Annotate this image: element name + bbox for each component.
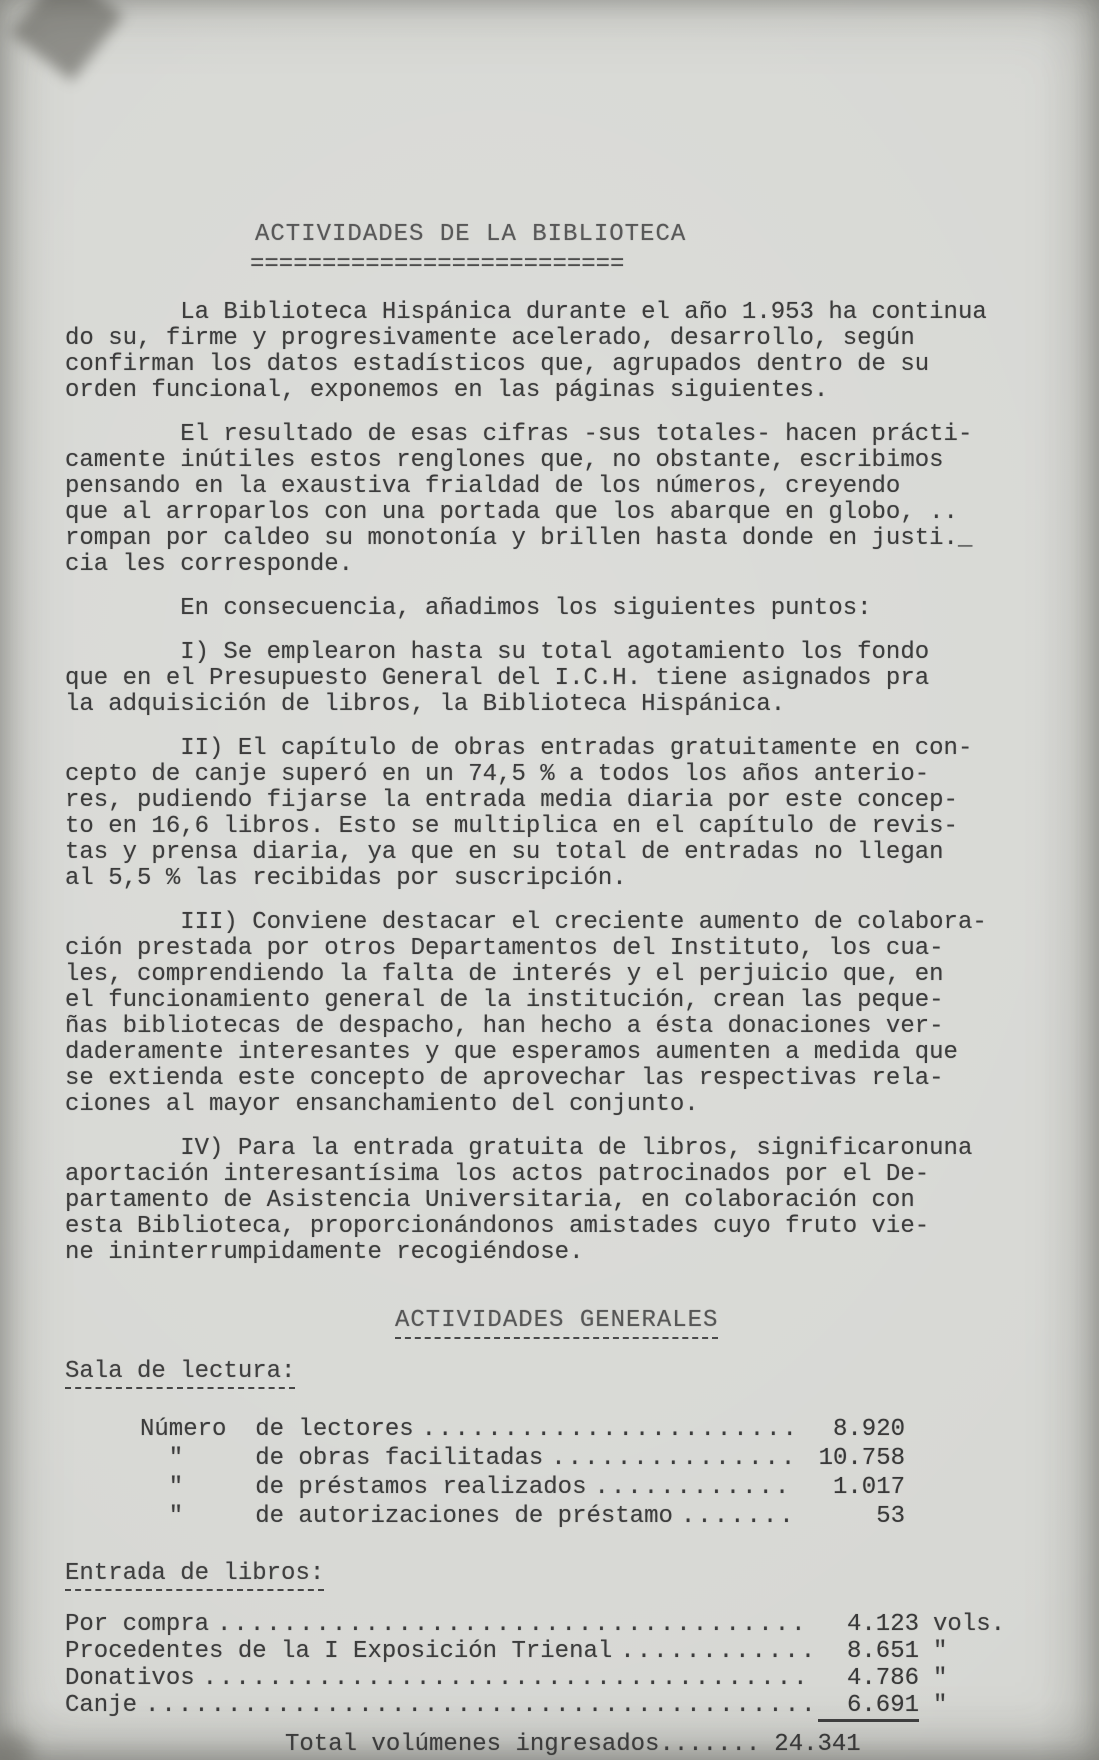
text-line: pensando en la exaustiva frialdad de los… xyxy=(65,474,1035,500)
stat-label: de lectores xyxy=(255,1415,413,1444)
entrada-de-libros-section: Entrada de libros: Por compra ..........… xyxy=(65,1531,1035,1758)
dot-leader: ........................................… xyxy=(620,1638,810,1665)
text-line: daderamente interesantes y que esperamos… xyxy=(65,1040,1035,1066)
stat-value: 10.758 xyxy=(804,1444,905,1473)
title-underline-rule: ========================== xyxy=(250,252,1035,278)
stat-label: Por compra xyxy=(65,1611,209,1638)
stat-row: Número de lectores .....................… xyxy=(140,1415,905,1444)
total-label: Total volúmenes ingresados xyxy=(285,1731,659,1758)
text-line: tas y prensa diaria, ya que en su total … xyxy=(65,840,1035,866)
text-line: res, pudiendo fijarse la entrada media d… xyxy=(65,788,1035,814)
text-line: la adquisición de libros, la Biblioteca … xyxy=(65,692,1035,718)
total-row: Total volúmenes ingresados.......24.341 xyxy=(285,1732,1035,1758)
text-line: IV) Para la entrada gratuita de libros, … xyxy=(65,1136,1035,1162)
text-line: to en 16,6 libros. Esto se multiplica en… xyxy=(65,814,1035,840)
stat-row: Donativos ..............................… xyxy=(65,1665,1005,1692)
stat-row: " de obras facilitadas .................… xyxy=(140,1444,905,1473)
stat-row-prefix: " xyxy=(140,1502,255,1531)
text-line: III) Conviene destacar el creciente aume… xyxy=(65,910,1035,936)
text-line: camente inútiles estos renglones que, no… xyxy=(65,448,1035,474)
text-line: do su, firme y progresivamente acelerado… xyxy=(65,326,1035,352)
dot-leader: ........................................… xyxy=(422,1415,797,1444)
text-line: El resultado de esas cifras -sus totales… xyxy=(65,422,1035,448)
stat-row: " de préstamos realizados ..............… xyxy=(140,1473,905,1502)
text-line: orden funcional, exponemos en las página… xyxy=(65,378,1035,404)
text-line: partamento de Asistencia Universitaria, … xyxy=(65,1188,1035,1214)
stat-value: 1.017 xyxy=(804,1473,905,1502)
page-title: ACTIVIDADES DE LA BIBLIOTECA xyxy=(255,222,1035,248)
stat-label: Procedentes de la I Exposición Trienal xyxy=(65,1638,612,1665)
stat-value: 4.786 xyxy=(818,1665,919,1692)
stat-label: de obras facilitadas xyxy=(255,1444,543,1473)
text-line: ciones al mayor ensanchamiento del conju… xyxy=(65,1092,1035,1118)
paragraph: III) Conviene destacar el creciente aume… xyxy=(65,910,1035,1118)
stat-label: Donativos xyxy=(65,1665,195,1692)
sala-rows: Número de lectores .....................… xyxy=(140,1415,905,1531)
text-line: aportación interesantísima los actos pat… xyxy=(65,1162,1035,1188)
paragraphs: La Biblioteca Hispánica durante el año 1… xyxy=(65,300,1035,1266)
stat-row: " de autorizaciones de préstamo ........… xyxy=(140,1502,905,1531)
paragraph: II) El capítulo de obras entradas gratui… xyxy=(65,736,1035,892)
text-line: les, comprendiendo la falta de interés y… xyxy=(65,962,1035,988)
text-line: I) Se emplearon hasta su total agotamien… xyxy=(65,640,1035,666)
text-line: se extienda este concepto de aprovechar … xyxy=(65,1066,1035,1092)
total-value: 24.341 xyxy=(760,1731,860,1758)
dot-leader: ........................................… xyxy=(551,1444,796,1473)
text-line: esta Biblioteca, proporcionándonos amist… xyxy=(65,1214,1035,1240)
text-line: La Biblioteca Hispánica durante el año 1… xyxy=(65,300,1035,326)
text-line: ne ininterrumpidamente recogiéndose. xyxy=(65,1240,1035,1266)
text-line: confirman los datos estadísticos que, ag… xyxy=(65,352,1035,378)
paragraph: IV) Para la entrada gratuita de libros, … xyxy=(65,1136,1035,1266)
stat-unit: " xyxy=(919,1665,1005,1692)
text-line: que en el Presupuesto General del I.C.H.… xyxy=(65,666,1035,692)
document-content: ACTIVIDADES DE LA BIBLIOTECA ===========… xyxy=(0,222,1099,1758)
stat-unit: vols. xyxy=(919,1611,1005,1638)
paragraph: El resultado de esas cifras -sus totales… xyxy=(65,422,1035,578)
section-heading-actividades-generales: ACTIVIDADES GENERALES xyxy=(395,1308,718,1339)
paragraph: La Biblioteca Hispánica durante el año 1… xyxy=(65,300,1035,404)
dot-leader: ........................................… xyxy=(594,1473,796,1502)
stat-value: 8.920 xyxy=(804,1415,905,1444)
stat-value: 53 xyxy=(804,1502,905,1531)
stat-value: 8.651 xyxy=(818,1638,919,1665)
stat-label: de autorizaciones de préstamo xyxy=(255,1502,673,1531)
stat-row: Procedentes de la I Exposición Trienal .… xyxy=(65,1638,1005,1665)
stat-label: Canje xyxy=(65,1692,137,1719)
text-line: II) El capítulo de obras entradas gratui… xyxy=(65,736,1035,762)
text-line: el funcionamiento general de la instituc… xyxy=(65,988,1035,1014)
text-line: al 5,5 % las recibidas por suscripción. xyxy=(65,866,1035,892)
text-line: rompan por caldeo su monotonía y brillen… xyxy=(65,526,1035,552)
stat-value: 4.123 xyxy=(818,1611,919,1638)
subheading-entrada-de-libros: Entrada de libros: xyxy=(65,1561,324,1591)
text-line: cia les corresponde. xyxy=(65,552,1035,578)
stat-row: Canje ..................................… xyxy=(65,1692,1005,1722)
text-line: cepto de canje superó en un 74,5 % a tod… xyxy=(65,762,1035,788)
stat-value: 6.691 xyxy=(818,1692,919,1722)
sala-de-lectura-section: Sala de lectura: Número de lectores ....… xyxy=(65,1339,1035,1531)
stat-unit: " xyxy=(919,1692,1005,1719)
stat-row: Por compra .............................… xyxy=(65,1611,1005,1638)
dot-leader: ........................................… xyxy=(217,1611,810,1638)
dot-leader: ........................................… xyxy=(145,1692,810,1719)
total-dot-leader: ....... xyxy=(659,1731,760,1758)
paragraph: I) Se emplearon hasta su total agotamien… xyxy=(65,640,1035,718)
text-line: ción prestada por otros Departamentos de… xyxy=(65,936,1035,962)
dot-leader: ........................................… xyxy=(203,1665,811,1692)
stat-unit: " xyxy=(919,1638,1005,1665)
document-page: ACTIVIDADES DE LA BIBLIOTECA ===========… xyxy=(0,0,1099,1760)
stat-row-prefix: Número xyxy=(140,1415,255,1444)
dot-leader: ........................................… xyxy=(681,1502,796,1531)
text-line: que al arroparlos con una portada que lo… xyxy=(65,500,1035,526)
paragraph: En consecuencia, añadimos los siguientes… xyxy=(65,596,1035,622)
text-line: ñas bibliotecas de despacho, han hecho a… xyxy=(65,1014,1035,1040)
stat-row-prefix: " xyxy=(140,1473,255,1502)
entrada-rows: Por compra .............................… xyxy=(65,1611,1005,1722)
text-line: En consecuencia, añadimos los siguientes… xyxy=(65,596,1035,622)
stat-row-prefix: " xyxy=(140,1444,255,1473)
subheading-sala-de-lectura: Sala de lectura: xyxy=(65,1359,295,1389)
stat-label: de préstamos realizados xyxy=(255,1473,586,1502)
